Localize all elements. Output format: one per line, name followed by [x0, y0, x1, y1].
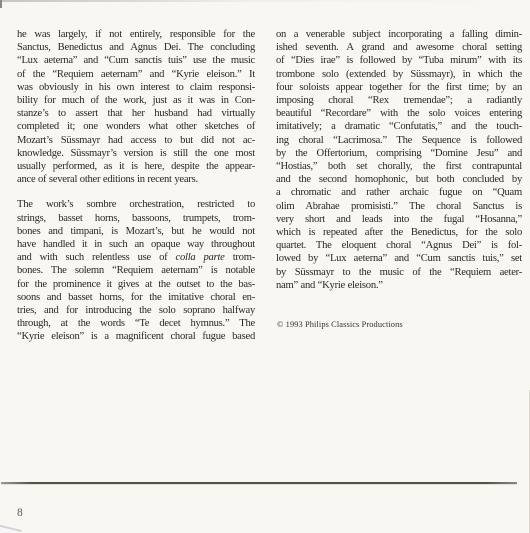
- booklet-page-scan: he was largely, if not entirely, respons…: [0, 0, 530, 533]
- text-column-right: on a venerable subject incorporating a f…: [276, 28, 522, 292]
- text-line: olim Abrahae promisisti.” The choral San…: [276, 200, 522, 213]
- page-bottom-edge-line: [1, 482, 517, 484]
- text-line: knowledge. Süssmayr’s version is still t…: [17, 147, 255, 160]
- scan-corner-mark: [0, 0, 2, 8]
- text-line: “Hostias,” both set chorally, the first …: [276, 160, 522, 173]
- text-line: by Süssmayr to the music of the “Requiem…: [276, 266, 522, 279]
- text-line: four soloists appear together for the fi…: [276, 81, 522, 94]
- text-line: by the Offertorium, comprising “Domine J…: [276, 147, 522, 160]
- page-number: 8: [17, 507, 23, 519]
- text-line: completed it; one wonders what other ske…: [17, 120, 255, 133]
- text-line: Sanctus, Benedictus and Agnus Dei. The c…: [17, 41, 255, 54]
- text-line: of the “Requiem aeternam” and “Kyrie ele…: [17, 68, 255, 81]
- text-line: have handled it in such an opaque way th…: [17, 238, 255, 251]
- text-line: “Kyrie eleison” is a magnificent choral …: [17, 330, 255, 343]
- paragraph: he was largely, if not entirely, respons…: [17, 28, 255, 186]
- text-line: was obviously in his own interest to cla…: [17, 81, 255, 94]
- text-line: through, at the words “Te decet hymnus.”…: [17, 317, 255, 330]
- text-line: bones and timpani, is Mozart’s, but he w…: [17, 225, 255, 238]
- text-line: nam” and “Kyrie eleison.”: [276, 279, 522, 292]
- scan-artifact-smear: [0, 524, 22, 532]
- text-line: usually performed, as it is here, despit…: [17, 160, 255, 173]
- text-line: tries, and for introducing the solo sopr…: [17, 304, 255, 317]
- text-line: soons and basset horns, for the imitativ…: [17, 291, 255, 304]
- text-line: lowed by “Lux aeterna” and “Cum sanctis …: [276, 252, 522, 265]
- text-line: and with such relentless use of colla pa…: [17, 251, 255, 264]
- text-line: which is repeated after the Benedictus, …: [276, 226, 522, 239]
- text-line: trombone solo (extended by Süssmayr), in…: [276, 68, 522, 81]
- text-line: ance of several other editions in recent…: [17, 173, 255, 186]
- text-line: stanze’s to assert that her husband had …: [17, 107, 255, 120]
- text-line: he was largely, if not entirely, respons…: [17, 28, 255, 41]
- text-line: The work’s sombre orchestration, restric…: [17, 198, 255, 211]
- scan-top-edge: [0, 0, 530, 2]
- text-line: of “Dies irae” is followed by “Tuba miru…: [276, 54, 522, 67]
- text-line: imposing choral “Rex tremendae”; a radia…: [276, 94, 522, 107]
- text-line: imitatively; a dramatic “Confutatis,” an…: [276, 120, 522, 133]
- text-line: very short and leads into the fugal “Hos…: [276, 213, 522, 226]
- paragraph: The work’s sombre orchestration, restric…: [17, 198, 255, 343]
- text-line: “Lux aeterna” and “Cum sanctis tuis” use…: [17, 54, 255, 67]
- text-line: and the second homophonic, but both conc…: [276, 173, 522, 186]
- text-line: ing choral “Lacrimosa.” The Sequence is …: [276, 134, 522, 147]
- text-line: bones. The solemn “Requiem aeternam” is …: [17, 264, 255, 277]
- text-line: for the prominence it gives at the outse…: [17, 278, 255, 291]
- text-line: quartet. The eloquent choral “Agnus Dei”…: [276, 239, 522, 252]
- paragraph: on a venerable subject incorporating a f…: [276, 28, 522, 292]
- copyright-line: © 1993 Philips Classics Productions: [277, 320, 403, 329]
- text-line: a chromatic and rather archaic fugue on …: [276, 186, 522, 199]
- text-line: beautiful “Recordare” with the solo voic…: [276, 107, 522, 120]
- text-line: bility for much of the work, just as it …: [17, 94, 255, 107]
- text-line: Mozart’s Süssmayr had access to but did …: [17, 134, 255, 147]
- text-line: on a venerable subject incorporating a f…: [276, 28, 522, 41]
- text-line: ished seventh. A grand and awesome chora…: [276, 41, 522, 54]
- text-column-left: he was largely, if not entirely, respons…: [17, 28, 255, 344]
- text-line: strings, basset horns, bassoons, trumpet…: [17, 212, 255, 225]
